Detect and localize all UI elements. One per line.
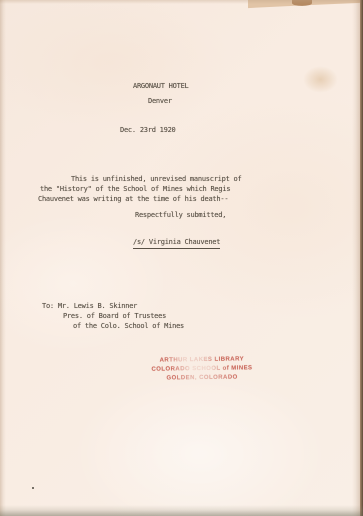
- stamp-line-3: GOLDEN, COLORADO: [146, 373, 258, 384]
- ink-speck: [32, 487, 34, 489]
- signature-line: /s/ Virginia Chauvenet: [133, 237, 220, 249]
- date-line: Dec. 23rd 1920: [120, 125, 176, 135]
- closing-line: Respectfully submitted,: [135, 210, 226, 220]
- recipient-line-3: of the Colo. School of Mines: [73, 321, 184, 331]
- paper-stain: [303, 66, 338, 93]
- body-line-3: Chauvenet was writing at the time of his…: [38, 194, 228, 204]
- recipient-line-2: Pres. of Board of Trustees: [63, 311, 166, 321]
- body-line-1: This is unfinished, unrevised manuscript…: [71, 174, 241, 184]
- paper-edge-left: [0, 0, 6, 516]
- paper-edge-top: [0, 0, 363, 4]
- city-line: Denver: [148, 96, 172, 106]
- scanned-letter-page: ARGONAUT HOTEL Denver Dec. 23rd 1920 Thi…: [0, 0, 363, 516]
- body-line-2: the "History" of the School of Mines whi…: [40, 184, 230, 194]
- paper-edge-bottom: [0, 505, 363, 516]
- library-stamp: ARTHUR LAKES LIBRARY COLORADO SCHOOL of …: [146, 355, 258, 384]
- hotel-name: ARGONAUT HOTEL: [133, 81, 189, 91]
- recipient-line-1: To: Mr. Lewis B. Skinner: [42, 301, 137, 311]
